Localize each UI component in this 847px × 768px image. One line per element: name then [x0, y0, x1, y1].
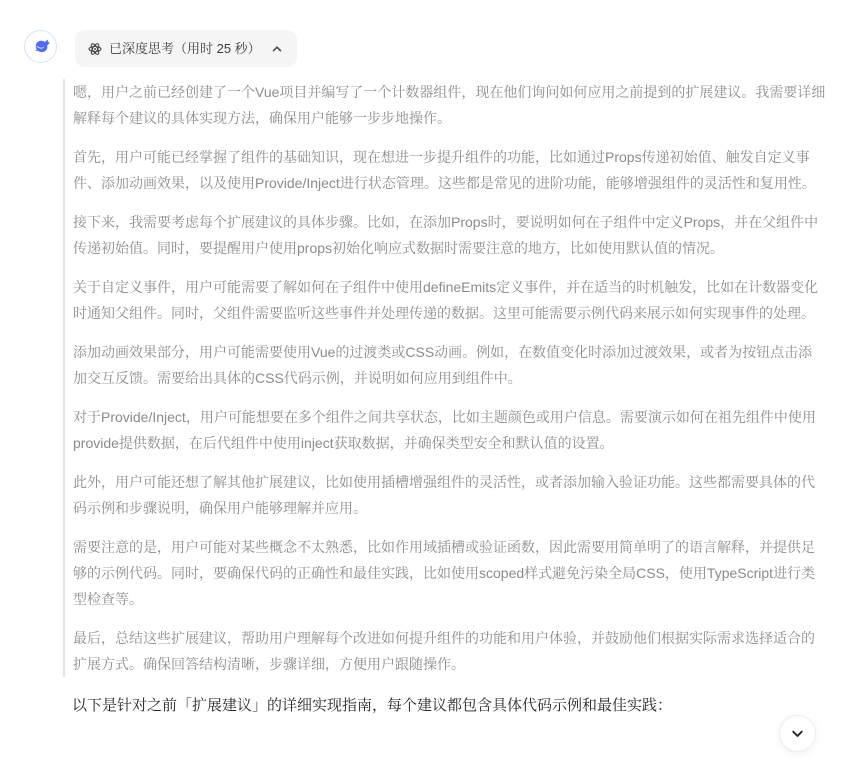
thinking-paragraph: 最后，总结这些扩展建议，帮助用户理解每个改进如何提升组件的功能和用户体验，并鼓励…: [73, 625, 826, 677]
thinking-paragraph: 接下来，我需要考虑每个扩展建议的具体步骤。比如，在添加Props时，要说明如何在…: [73, 209, 826, 261]
thinking-paragraph: 嗯，用户之前已经创建了一个Vue项目并编写了一个计数器组件，现在他们询问如何应用…: [73, 79, 826, 131]
thinking-paragraph: 此外，用户可能还想了解其他扩展建议，比如使用插槽增强组件的灵活性，或者添加输入验…: [73, 469, 826, 521]
answer-intro-text: 以下是针对之前「扩展建议」的详细实现指南，每个建议都包含具体代码示例和最佳实践：: [63, 693, 826, 719]
chevron-up-icon: [270, 42, 284, 56]
thinking-paragraph: 添加动画效果部分，用户可能需要使用Vue的过渡类或CSS动画。例如，在数值变化时…: [73, 339, 826, 391]
deep-thinking-label: 已深度思考（用时 25 秒）: [109, 42, 261, 55]
chevron-down-icon: [789, 725, 806, 742]
deepseek-whale-icon: [30, 36, 51, 57]
scroll-to-bottom-button[interactable]: [779, 715, 816, 752]
thinking-paragraph: 需要注意的是，用户可能对某些概念不太熟悉，比如作用域插槽或验证函数，因此需要用简…: [73, 534, 826, 612]
deepthink-atom-icon: [88, 42, 102, 56]
assistant-message: 已深度思考（用时 25 秒） 嗯，用户之前已经创建了一个Vue项目并编写了一个计…: [63, 30, 826, 719]
deep-thinking-toggle[interactable]: 已深度思考（用时 25 秒）: [75, 30, 297, 67]
thinking-content: 嗯，用户之前已经创建了一个Vue项目并编写了一个计数器组件，现在他们询问如何应用…: [63, 79, 826, 677]
thinking-paragraph: 首先，用户可能已经掌握了组件的基础知识，现在想进一步提升组件的功能，比如通过Pr…: [73, 144, 826, 196]
thinking-paragraph: 对于Provide/Inject，用户可能想要在多个组件之间共享状态，比如主题颜…: [73, 404, 826, 456]
thinking-paragraph: 关于自定义事件，用户可能需要了解如何在子组件中使用defineEmits定义事件…: [73, 274, 826, 326]
assistant-avatar: [24, 30, 57, 63]
